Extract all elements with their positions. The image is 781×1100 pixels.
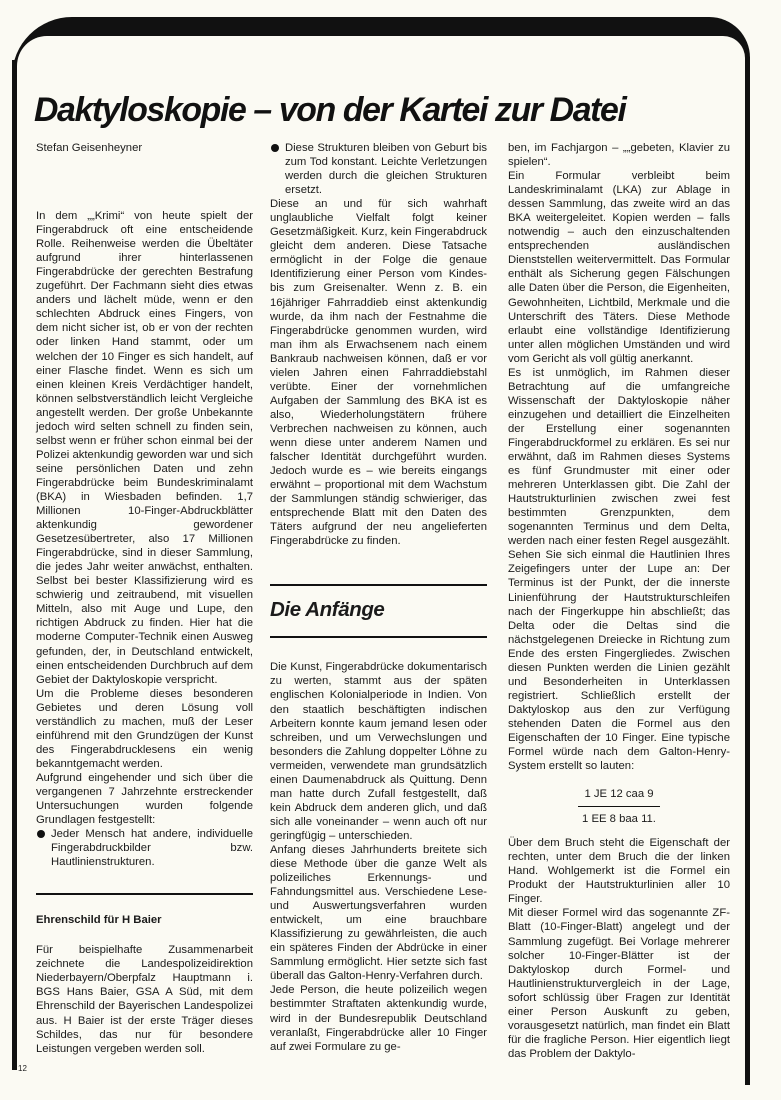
paragraph: Die Kunst, Fingerabdrücke dokumentarisch… xyxy=(270,660,487,843)
formula-denominator: 1 EE 8 baa 11. xyxy=(508,807,730,826)
page-frame-left-border xyxy=(12,60,17,1070)
paragraph: In dem „„Krimi“ von heute spielt der Fin… xyxy=(36,209,253,687)
page-number: 12 xyxy=(18,1064,27,1073)
sidebar-divider xyxy=(36,893,253,895)
paragraph: Jede Person, die heute polizeilich wegen… xyxy=(270,983,487,1053)
bullet-item: Diese Strukturen bleiben von Geburt bis … xyxy=(270,141,487,197)
sidebar-box: Ehrenschild für H Baier Für beispielhaft… xyxy=(36,913,253,1055)
paragraph: Aufgrund eingehender und sich über die v… xyxy=(36,771,253,827)
page-frame-inner xyxy=(17,36,745,96)
sidebar-heading: Ehrenschild für H Baier xyxy=(36,913,253,927)
bullet-item: Jeder Mensch hat andere, individuelle Fi… xyxy=(36,827,253,869)
column-1: Stefan Geisenheyner In dem „„Krimi“ von … xyxy=(36,141,253,1056)
paragraph: Mit dieser Formel wird das sogenannte ZF… xyxy=(508,906,730,1061)
paragraph: Diese an und für sich wahrhaft unglaubli… xyxy=(270,197,487,548)
paragraph: Über dem Bruch steht die Eigenschaft der… xyxy=(508,836,730,906)
fingerprint-formula: 1 JE 12 caa 9 1 EE 8 baa 11. xyxy=(508,787,730,826)
formula-numerator: 1 JE 12 caa 9 xyxy=(508,787,730,806)
column-2: Diese Strukturen bleiben von Geburt bis … xyxy=(270,141,487,1054)
paragraph: Um die Probleme dieses besonderen Gebiet… xyxy=(36,687,253,771)
section-heading: Die Anfänge xyxy=(270,598,487,622)
author-byline: Stefan Geisenheyner xyxy=(36,141,253,155)
article-title: Daktyloskopie – von der Kartei zur Datei xyxy=(34,91,740,130)
paragraph: Es ist unmöglich, im Rahmen dieser Betra… xyxy=(508,366,730,773)
section-divider-top xyxy=(270,584,487,586)
section-divider-bottom xyxy=(270,636,487,638)
sidebar-text: Für beispielhafte Zusammenarbeit zeichne… xyxy=(36,943,253,1055)
paragraph: ben, im Fachjargon – „„gebeten, Klavier … xyxy=(508,141,730,169)
page-frame-right-border xyxy=(745,60,750,1085)
column-3: ben, im Fachjargon – „„gebeten, Klavier … xyxy=(508,141,730,1061)
paragraph: Anfang dieses Jahrhunderts breitete sich… xyxy=(270,843,487,983)
paragraph: Ein Formular verbleibt beim Landeskrimin… xyxy=(508,169,730,366)
